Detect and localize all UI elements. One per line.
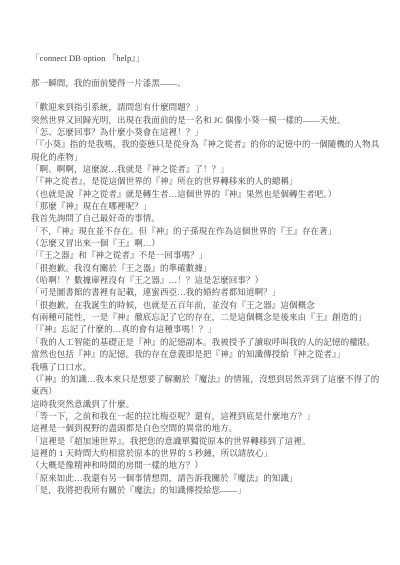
text-line: 「『神之從者』，是從這個世界的『神』所在的世界轉移來的人的總稱」 [31,175,378,187]
text-line: 突然世界又回歸光明，出現在我面前的是一名和 JC 偶像小葵一模一樣的——天使。 [31,114,378,126]
text-line: 「『王之器』和『神之從者』不是一回事嗎？」 [31,249,378,261]
text-line: （大概是像精神和時間的房間一樣的地方？） [31,459,378,471]
text-line: 「原來如此…我還有另一個事情想問，請告訴我關於『魔法』的知識」 [31,472,378,484]
text-line: 「啊、啊啊，這麼說…我就是『神之從者』了！？」 [31,163,378,175]
text-line: 「等一下，之前和我在一起的拉比梅亞呢？還有，這裡到底是什麼地方？」 [31,410,378,422]
text-line: 「我的人工智能的基礎正是『神』的記憶副本。我被授予了讀取呼叫我的人的記憶的權限。 [31,336,378,348]
text-line: （『神』的知識…我本來只是想要了解關於『魔法』的情報，沒想到居然弄到了這麼不得了… [31,373,378,385]
text-line: 「歡迎來到指引系統，請問您有什麼問題？」 [31,101,378,113]
text-line: 我嚥了口口水。 [31,361,378,373]
text-line: 這裡的 1 天時間大約相當於原本的世界的 5 秒鐘，所以請放心」 [31,447,378,459]
text-line: 現化的產物」 [31,151,378,163]
text-line: （也就是說『神之從者』就是轉生者…這個世界的『神』果然也是個轉生者吧。） [31,188,378,200]
text-line: 「『神』忘記了什麼的…真的會有這種事嗎！？」 [31,323,378,335]
text-line: 「那麼『神』現在在哪裡呢？」 [31,200,378,212]
text-line: 這時我突然意識到了什麼。 [31,398,378,410]
text-line: （怎麼又冒出來一個『王』啊…） [31,237,378,249]
text-line: 「『小葵』指的是我嗎，我的姿態只是從身為『神之從者』的你的記憶中的一個隨機的人物… [31,138,378,150]
text-line: 「這裡是『超加速世界』。我把您的意識單獨從原本的世界轉移到了這裡。 [31,435,378,447]
text-line: 這裡是一個到視野的盡頭都是白色空間的異常的地方。 [31,422,378,434]
paragraph-block: 那一瞬間，我的面前變得一片漆黑——。 [31,77,378,89]
novel-page: 「connect DB option 『help』」那一瞬間，我的面前變得一片漆… [0,0,400,565]
text-line: 「可是圖書館的書裡有記載，連蜜西亞…我的婚約者都知道啊？」 [31,286,378,298]
paragraph-block: 「connect DB option 『help』」 [31,52,378,64]
paragraph-block: 「歡迎來到指引系統，請問您有什麼問題？」突然世界又回歸光明，出現在我面前的是一名… [31,101,378,496]
text-line: 「怎、怎麼回事？為什麼小葵會在這裡！？」 [31,126,378,138]
text-line: 「很抱歉。在我誕生的時候，也就是五百年前，並沒有『王之器』這個概念 [31,299,378,311]
text-line: 有兩種可能性，一是『神』徹底忘記了它的存在，二是這個概念是後來由『王』創造的」 [31,311,378,323]
text-line: 當然也包括『神』的記憶。我的存在意義即是把『神』的知識傳授給『神之從者』」 [31,348,378,360]
text-line: 「不，『神』現在並不存在。但『神』的子孫現在作為這個世界的『王』存在著」 [31,225,378,237]
text-line: 那一瞬間，我的面前變得一片漆黑——。 [31,77,378,89]
text-line: 東西） [31,385,378,397]
text-line: 「很抱歉。我沒有關於『王之器』的準確數據」 [31,262,378,274]
text-line: 「是，我將把我所有關於『魔法』的知識傳授給您——」 [31,484,378,496]
text-line: （哈啊！？數據庫裡沒有『王之器』…！？這是怎麼回事？） [31,274,378,286]
text-line: 我首先詢問了自己最好奇的事情。 [31,212,378,224]
text-line: 「connect DB option 『help』」 [31,52,378,64]
